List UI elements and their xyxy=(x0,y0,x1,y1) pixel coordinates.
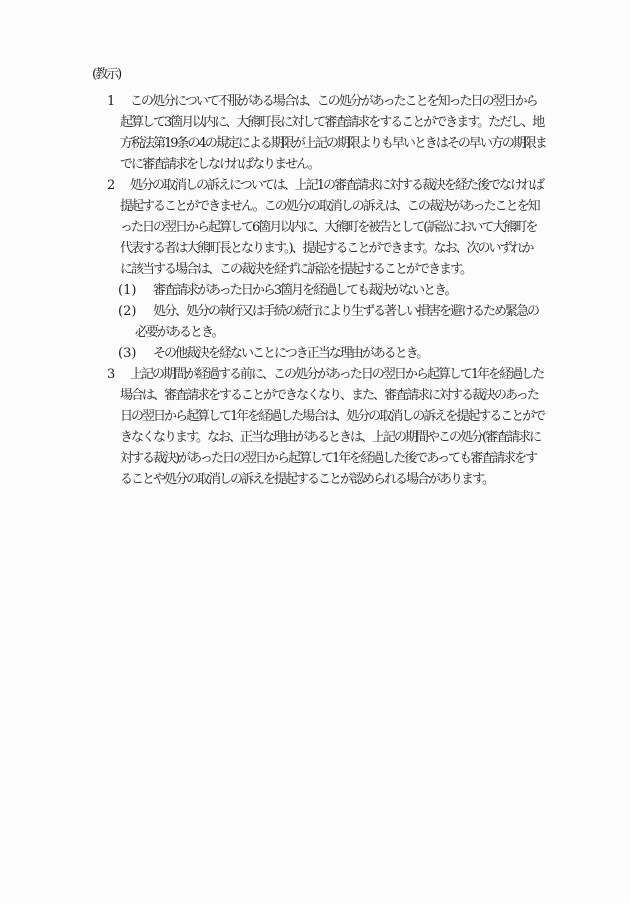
subitem-3-text: その他裁決を経ないことにつき正当な理由があるとき。 xyxy=(153,346,427,361)
item-2-line-first: 2処分の取消しの訴えについては、上記1の審査請求に対する裁決を経た後でなければ xyxy=(0,175,630,196)
item-2-line-cont: 代表する者は大熊町長となります。)、提起することができます。なお、次のいずれか xyxy=(0,238,630,259)
item-1-line-cont: 方税法第19条の4の規定による期限が上記の期限よりも早いときはその早い方の期限ま xyxy=(0,133,630,154)
subitem-3-line-first: (3)その他裁決を経ないことにつき正当な理由があるとき。 xyxy=(0,343,630,364)
subitem-1-line-first: (1)審査請求があった日から3箇月を経過しても裁決がないとき。 xyxy=(0,280,630,301)
subitem-1-text: 審査請求があった日から3箇月を経過しても裁決がないとき。 xyxy=(153,283,456,298)
item-3-line-cont: 対する裁決)があった日の翌日から起算して1年を経過した後であっても審査請求をす xyxy=(0,448,630,469)
item-2-line-cont: 提起することができません。この処分の取消しの訴えは、この裁決があったことを知 xyxy=(0,196,630,217)
item-3-line-cont: きなくなります。なお、正当な理由があるときは、上記の期間やこの処分(審査請求に xyxy=(0,427,630,448)
item-3-text: 上記の期間が経過する前に、この処分があった日の翌日から起算して1年を経過した xyxy=(130,367,543,382)
item-2-text: 処分の取消しの訴えについては、上記1の審査請求に対する裁決を経た後でなければ xyxy=(130,178,543,193)
subitem-1-marker: (1) xyxy=(118,280,153,301)
document-page: (教示) 1この処分について不服がある場合は、この処分があったことを知った日の翌… xyxy=(0,0,630,903)
item-1-text: この処分について不服がある場合は、この処分があったことを知った日の翌日から xyxy=(130,94,537,109)
item-2-line-cont: った日の翌日から起算して6箇月以内に、大熊町を被告として(訴訟において大熊町を xyxy=(0,217,630,238)
item-2-number: 2 xyxy=(107,175,130,196)
item-3-number: 3 xyxy=(107,364,130,385)
subitem-3-marker: (3) xyxy=(118,343,153,364)
subitem-2-line-cont: 必要があるとき。 xyxy=(0,322,630,343)
item-3-line-first: 3上記の期間が経過する前に、この処分があった日の翌日から起算して1年を経過した xyxy=(0,364,630,385)
item-1-line-cont: でに審査請求をしなければなりません。 xyxy=(0,154,630,175)
item-2-line-cont: に該当する場合は、この裁決を経ずに訴訟を提起することができます。 xyxy=(0,259,630,280)
item-1-line-cont: 起算して3箇月以内に、大熊町長に対して審査請求をすることができます。ただし、地 xyxy=(0,112,630,133)
subitem-2-line-first: (2)処分、処分の執行又は手続の続行により生ずる著しい損害を避けるため緊急の xyxy=(0,301,630,322)
item-1-line-first: 1この処分について不服がある場合は、この処分があったことを知った日の翌日から xyxy=(0,91,630,112)
subitem-2-text: 処分、処分の執行又は手続の続行により生ずる著しい損害を避けるため緊急の xyxy=(153,304,538,319)
doc-heading: (教示) xyxy=(0,64,630,85)
subitem-2-marker: (2) xyxy=(118,301,153,322)
item-3-line-cont: ることや処分の取消しの訴えを提起することが認められる場合があります。 xyxy=(0,469,630,490)
item-3-line-cont: 日の翌日から起算して1年を経過した場合は、処分の取消しの訴えを提起することがで xyxy=(0,406,630,427)
item-3-line-cont: 場合は、審査請求をすることができなくなり、また、審査請求に対する裁決のあった xyxy=(0,385,630,406)
item-1-number: 1 xyxy=(107,91,130,112)
